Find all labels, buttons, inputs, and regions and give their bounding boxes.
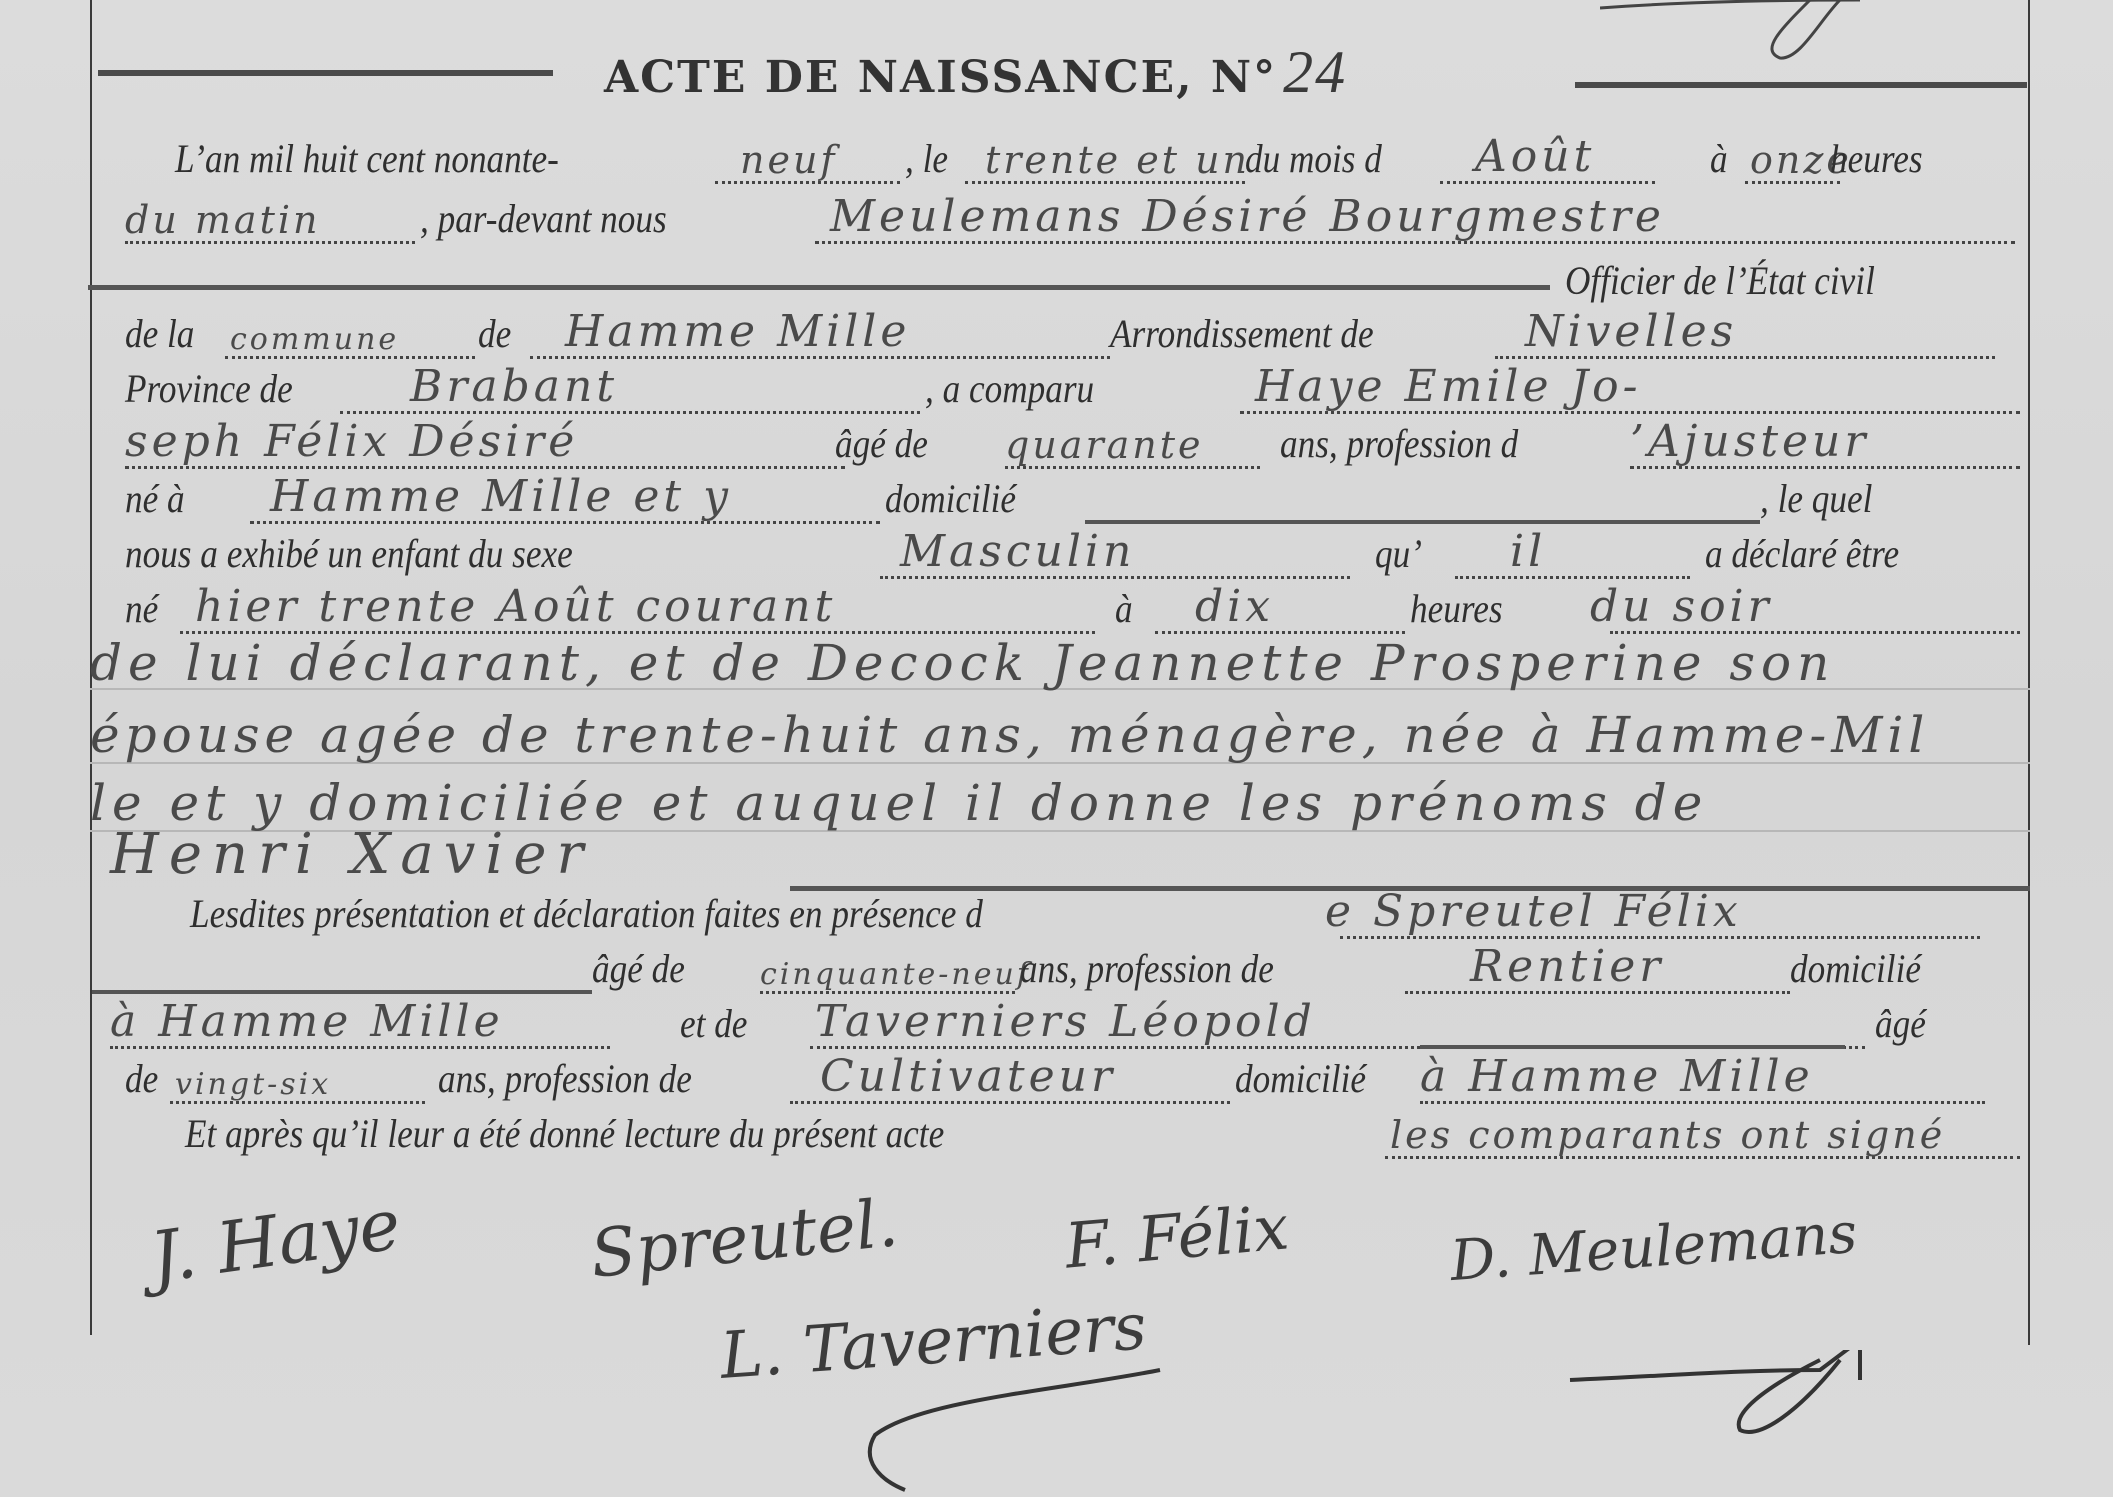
line-child-sex: nous a exhibé un enfant du sexe Masculin… xyxy=(0,525,2113,585)
printed-text: domicilié xyxy=(885,475,1016,522)
number-label: N° xyxy=(1211,52,1277,103)
printed-text: , le quel xyxy=(1760,475,1872,522)
declarant-birthplace-field: Hamme Mille et y xyxy=(270,471,732,522)
printed-text: et de xyxy=(680,1000,747,1047)
printed-text: de xyxy=(125,1055,158,1102)
signing-note-field: les comparants ont signé xyxy=(1390,1113,1945,1157)
printed-text: âgé xyxy=(1875,1000,1926,1047)
printed-text: , le xyxy=(905,135,948,182)
line-province: Province de Brabant , a comparu Haye Emi… xyxy=(0,360,2113,420)
printed-text: , par-devant nous xyxy=(420,195,667,242)
line-mother: de lui déclarant, et de Decock Jeannette… xyxy=(0,640,2113,700)
printed-text: Officier de l’État civil xyxy=(1565,257,1875,304)
witness-1-profession-field: Rentier xyxy=(1470,941,1664,992)
printed-text: , a comparu xyxy=(925,365,1094,412)
signature-witness-felix: F. Félix xyxy=(1062,1190,1291,1282)
line-birth-time: né hier trente Août courant à dix heures… xyxy=(0,580,2113,640)
line-officer-title: Officier de l’État civil xyxy=(0,252,2113,312)
commune-label-field: commune xyxy=(230,322,399,357)
birth-certificate-page: ACTE DE NAISSANCE, N°24 L’an mil huit ce… xyxy=(0,0,2113,1497)
title-rule-left xyxy=(98,70,553,76)
line-witness-2: à Hamme Mille et de Taverniers Léopold â… xyxy=(0,995,2113,1055)
line-mother-details: épouse agée de trente-huit ans, ménagère… xyxy=(0,712,2113,772)
witness-2-profession-field: Cultivateur xyxy=(820,1051,1116,1102)
year-field: neuf xyxy=(740,138,838,182)
signature-officer: D. Meulemans xyxy=(1448,1201,1859,1294)
title-rule-right xyxy=(1575,82,2027,88)
printed-text: né à xyxy=(125,475,185,522)
declarant-age-field: quarante xyxy=(1005,423,1204,467)
line-declarant-age: seph Félix Désiré âgé de quarante ans, p… xyxy=(0,415,2113,475)
certificate-number: 24 xyxy=(1283,39,1347,105)
mother-details-text: épouse agée de trente-huit ans, ménagère… xyxy=(90,706,1929,764)
printed-text: à xyxy=(1115,585,1133,632)
line-commune: de la commune de Hamme Mille Arrondissem… xyxy=(0,305,2113,365)
printed-text: Arrondissement de xyxy=(1110,310,1374,357)
printed-text: de xyxy=(478,310,511,357)
line-date: L’an mil huit cent nonante- neuf , le tr… xyxy=(0,130,2113,190)
line-declarant-birth: né à Hamme Mille et y domicilié , le que… xyxy=(0,470,2113,530)
title-text: ACTE DE NAISSANCE, xyxy=(604,52,1194,103)
line-witness-1-details: âgé de cinquante-neuf ans, profession de… xyxy=(0,940,2113,1000)
printed-text: né xyxy=(125,585,158,632)
printed-text: de la xyxy=(125,310,194,357)
declarant-profession-field: ’Ajusteur xyxy=(1630,416,1869,467)
day-field: trente et un xyxy=(985,138,1250,182)
printed-text: domicilié xyxy=(1790,945,1921,992)
signature-flourish-icon xyxy=(860,1350,2000,1497)
printed-text: L’an mil huit cent nonante- xyxy=(175,135,559,182)
witness-1-age-field: cinquante-neuf xyxy=(760,957,1031,992)
printed-text: a déclaré être xyxy=(1705,530,1899,577)
witness-1-name-field: e Spreutel Félix xyxy=(1325,886,1742,937)
printed-text: qu’ xyxy=(1375,530,1422,577)
arrondissement-field: Nivelles xyxy=(1525,306,1737,357)
officer-name-field: Meulemans Désiré Bourgmestre xyxy=(830,191,1665,242)
witness-1-residence-field: à Hamme Mille xyxy=(110,996,504,1047)
fill-bar xyxy=(1085,520,1760,524)
time-of-day-field: du matin xyxy=(125,198,320,242)
printed-text: heures xyxy=(1830,135,1923,182)
document-title: ACTE DE NAISSANCE, N°24 xyxy=(604,38,1347,107)
printed-text: nous a exhibé un enfant du sexe xyxy=(125,530,573,577)
commune-field: Hamme Mille xyxy=(565,306,910,357)
signature-declarant: J. Haye xyxy=(146,1183,406,1299)
birth-period-field: du soir xyxy=(1590,581,1773,632)
printed-text: Province de xyxy=(125,365,293,412)
printed-text: âgé de xyxy=(592,945,685,992)
line-witness-1: Lesdites présentation et déclaration fai… xyxy=(0,885,2113,945)
line-witness-2-details: de vingt-six ans, profession de Cultivat… xyxy=(0,1050,2113,1110)
printed-text: ans, profession de xyxy=(438,1055,692,1102)
printed-text: Lesdites présentation et déclaration fai… xyxy=(190,890,983,937)
fill-bar xyxy=(88,285,1550,290)
line-officer: du matin , par-devant nous Meulemans Dés… xyxy=(0,190,2113,250)
printed-text: à xyxy=(1710,135,1728,182)
printed-text: âgé de xyxy=(835,420,928,467)
month-field: Août xyxy=(1475,131,1595,182)
witness-2-age-field: vingt-six xyxy=(175,1067,331,1102)
printed-text: du mois d xyxy=(1245,135,1382,182)
fill-bar xyxy=(92,990,592,994)
fill-bar xyxy=(1420,1045,1845,1049)
printed-text: ans, profession d xyxy=(1280,420,1518,467)
corner-flourish-icon xyxy=(1600,0,1920,70)
declarant-name-field: Haye Emile Jo- xyxy=(1255,361,1642,412)
printed-text: domicilié xyxy=(1235,1055,1366,1102)
witness-2-name-field: Taverniers Léopold xyxy=(815,996,1316,1047)
witness-2-residence-field: à Hamme Mille xyxy=(1420,1051,1814,1102)
birth-date-field: hier trente Août courant xyxy=(195,581,836,632)
printed-text: ans, profession de xyxy=(1020,945,1274,992)
province-field: Brabant xyxy=(410,361,618,412)
line-reading: Et après qu’il leur a été donné lecture … xyxy=(0,1105,2113,1165)
printed-text: Et après qu’il leur a été donné lecture … xyxy=(185,1110,944,1157)
printed-text: heures xyxy=(1410,585,1503,632)
mother-text: de lui déclarant, et de Decock Jeannette… xyxy=(90,634,1835,692)
child-given-names: Henri Xavier xyxy=(110,822,593,887)
signature-witness-spreutel: Spreutel. xyxy=(587,1184,902,1293)
child-sex-field: Masculin xyxy=(900,526,1135,577)
pronoun-field: il xyxy=(1510,526,1546,577)
birth-hour-field: dix xyxy=(1195,581,1274,632)
fill-dots xyxy=(1455,576,1690,579)
declarant-name-cont-field: seph Félix Désiré xyxy=(125,416,578,467)
